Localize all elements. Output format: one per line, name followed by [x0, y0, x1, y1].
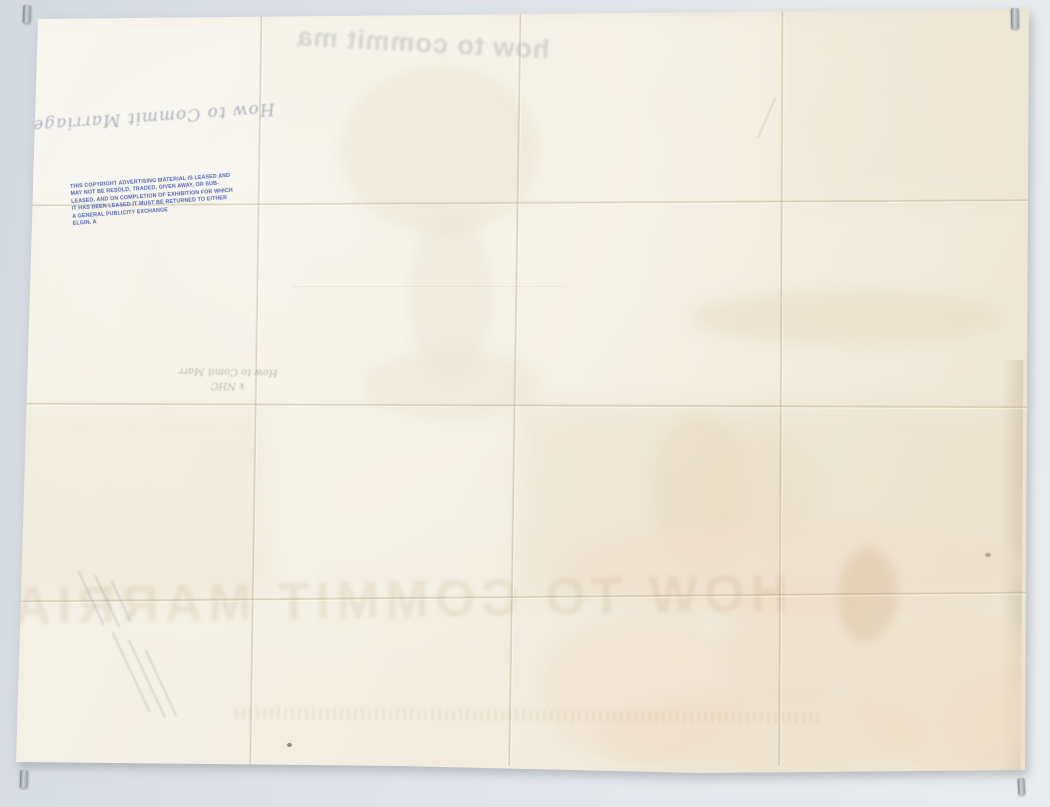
pencil-title-note: How to Commit Marriage [29, 72, 277, 137]
showthrough-shape [700, 430, 820, 540]
photo-scene: how to commit ma HOW TO COMMIT MARRIAGE … [0, 0, 1050, 807]
showthrough-shape [690, 290, 1010, 345]
showthrough-clouds [948, 675, 1050, 770]
vertical-fold-3 [778, 6, 785, 766]
vertical-fold-1 [249, 6, 264, 766]
horizontal-fold-1 [0, 199, 1040, 208]
showthrough-title-top: how to commit ma [255, 19, 590, 67]
vertical-fold-2 [508, 6, 523, 766]
scribble-stroke [94, 574, 120, 627]
poster-shadow-wrap: how to commit ma HOW TO COMMIT MARRIAGE … [0, 0, 1050, 807]
stamp-line: A GENERAL PUBLICITY EXCHANGE [72, 203, 230, 221]
scribble-stroke [128, 640, 166, 719]
horizontal-fold-2 [0, 402, 1040, 410]
paper-highlight-top-left [10, 20, 260, 200]
scribble-stroke [111, 632, 150, 713]
showthrough-title-bottom: HOW TO COMMIT MARRIAGE [18, 563, 789, 636]
paper-shade-top-right [783, 12, 1033, 202]
showthrough-figure [838, 548, 898, 643]
poster-back: how to commit ma HOW TO COMMIT MARRIAGE … [0, 0, 1050, 807]
paper-shade-mid-left [0, 406, 266, 598]
showthrough-clouds [852, 608, 1050, 773]
stamp-line: ELGIN, A [73, 210, 231, 228]
horizontal-fold-3 [0, 591, 1040, 604]
mounting-clip-top-right [1011, 8, 1019, 29]
showthrough-shape [362, 350, 542, 420]
copyright-lease-stamp: THIS COPYRIGHT ADVERTISING MATERIAL IS L… [70, 173, 231, 228]
minor-crease [292, 286, 567, 288]
showthrough-shape [340, 65, 540, 235]
paper-shade-mid-center [521, 406, 783, 598]
pencil-center-note-line1: x NHC [178, 377, 278, 393]
mounting-clip-bottom-left [20, 770, 29, 788]
dirt-speck [985, 553, 991, 557]
showthrough-clouds [725, 585, 865, 705]
dirt-speck [287, 743, 292, 747]
showthrough-clouds [565, 520, 1025, 615]
mounting-clip-top-left [23, 5, 32, 23]
showthrough-shape [600, 690, 930, 775]
scribble-stroke [110, 580, 131, 623]
stamp-line: IT HAS BEEN LEASED IT MUST BE RETURNED T… [72, 195, 230, 213]
scribble-stroke [144, 649, 177, 717]
pencil-scribbles [62, 566, 184, 714]
showthrough-shape [408, 215, 493, 375]
mounting-clip-bottom-right [1018, 778, 1026, 795]
stamp-line: THIS COPYRIGHT ADVERTISING MATERIAL IS L… [70, 173, 228, 191]
stamp-line: LEASED, AND ON COMPLETION OF EXHIBITION … [71, 188, 229, 206]
paper-shade-right-mid [783, 406, 1033, 598]
showthrough-clouds [540, 615, 750, 765]
stamp-line: MAY NOT BE RESOLD, TRADED, GIVEN AWAY, O… [71, 180, 229, 198]
showthrough-figure [652, 415, 747, 565]
scribble-stroke [77, 570, 104, 625]
edge-wrinkle [757, 97, 778, 138]
showthrough-credits-band [235, 708, 820, 723]
right-edge-curl-shadow [999, 360, 1024, 772]
pencil-center-note-line2: How to Comit Marr [178, 363, 278, 379]
pencil-center-note: x NHC How to Comit Marr [178, 347, 279, 393]
